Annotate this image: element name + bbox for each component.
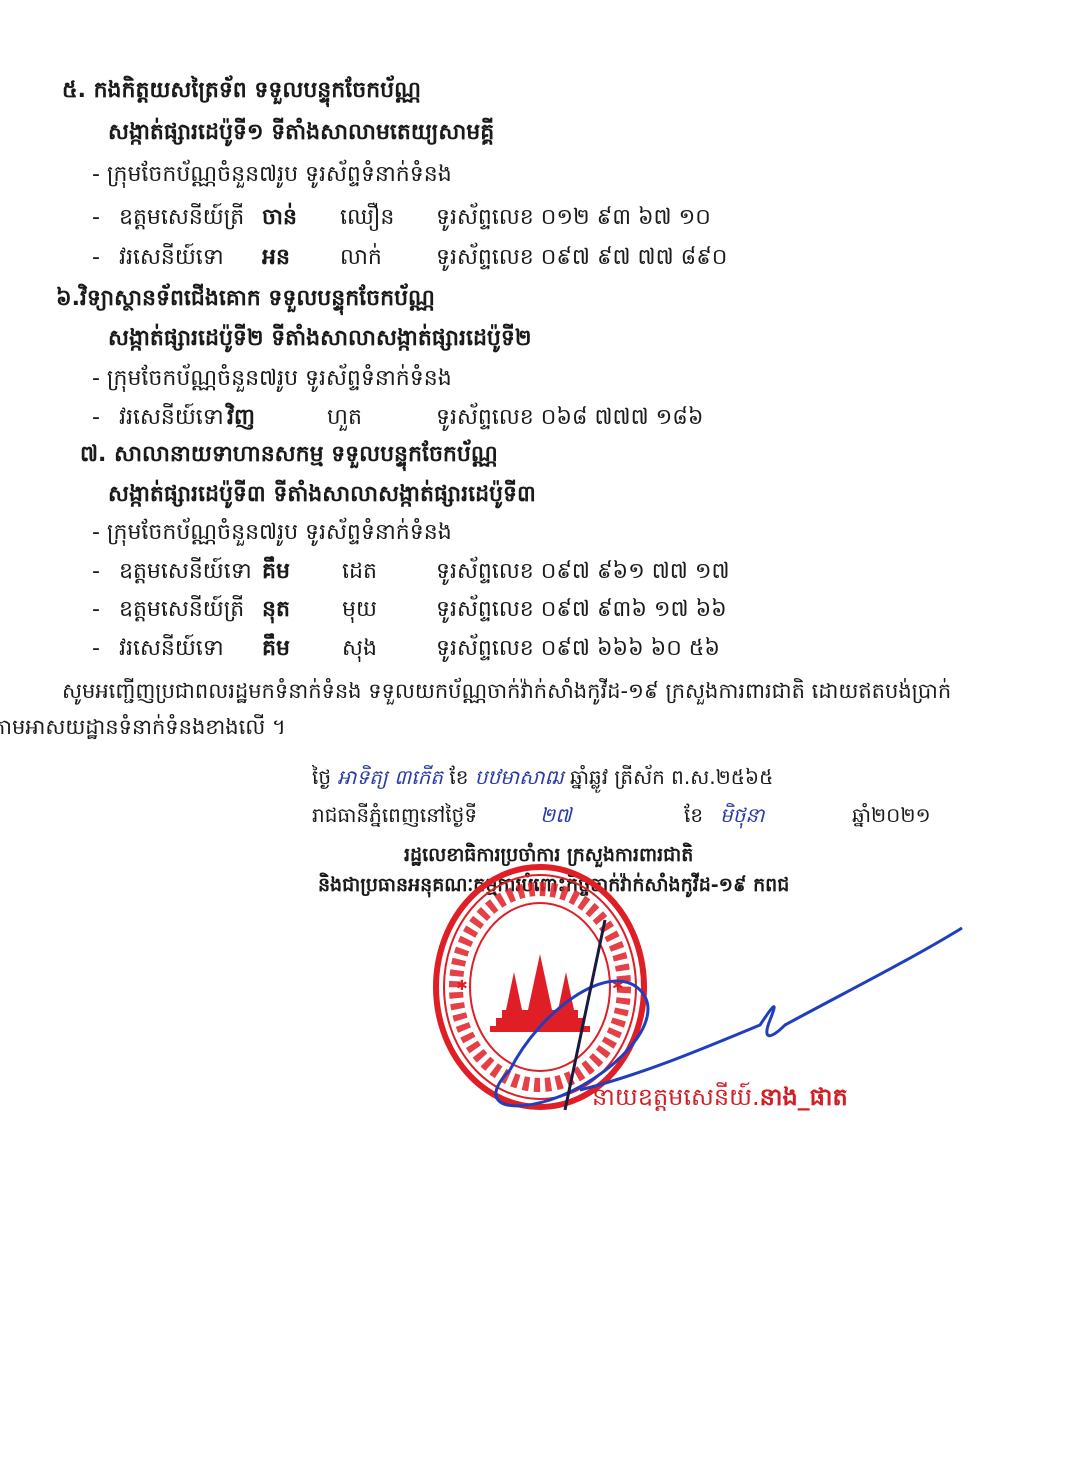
contact-last-name: សុង — [342, 634, 377, 664]
contact-first-name: គឹម — [262, 557, 290, 587]
contact-rank: ឧត្តមសេនីយ៍ត្រី — [119, 595, 244, 625]
day-handwritten: ២៧ — [540, 800, 572, 830]
solar-date-line: រាជធានីភ្នំពេញនៅថ្ងៃទី ២៧ ខែ មិថុនា ឆ្នា… — [312, 800, 952, 830]
contact-last-name: ហួត — [327, 403, 362, 433]
section-7-team: - ក្រុមចែកប័ណ្ណចំនួន៧រូប ទូរស័ព្ទទំនាក់ទ… — [92, 518, 452, 548]
section-5-heading: ៥. កងកិត្តយសត្រៃទ័ព ទទួលបន្ទុកចែកប័ណ្ណ — [62, 76, 421, 106]
solar-year: ឆ្នាំ២០២១ — [852, 800, 931, 830]
contact-rank: ឧត្តមសេនីយ៍ត្រី — [119, 203, 244, 233]
lunar-month-handwritten: បឋមាសាឍ — [475, 765, 564, 789]
contact-row: - វរសេនីយ៍ទោ វិញ ហួត ទូរស័ព្ទលេខ ០៦៨ ៧៧៧… — [92, 403, 792, 433]
contact-last-name: លាក់ — [340, 243, 382, 273]
signer-name-line: នាយឧត្តមសេនីយ៍.នាង_ផាត — [592, 1082, 848, 1112]
contact-row: - ឧត្តមសេនីយ៍ត្រី នុត មុយ ទូរស័ព្ទលេខ ០៩… — [92, 595, 792, 625]
contact-phone: ទូរស័ព្ទលេខ ០៩៧ ៦៦៦ ៦០ ៥៦ — [436, 634, 720, 664]
contact-last-name: ឈឿន — [340, 203, 394, 233]
contact-first-name: អន — [262, 243, 290, 273]
contact-first-name: វិញ — [227, 403, 255, 433]
section-6-heading: ៦.វិទ្យាស្ថានទ័ពជើងគោក ទទួលបន្ទុកចែកប័ណ្… — [56, 284, 435, 314]
contact-phone: ទូរស័ព្ទលេខ ០៦៨ ៧៧៧ ១៨៦ — [436, 403, 703, 433]
contact-phone: ទូរស័ព្ទលេខ ០៩៧ ៩៦១ ៧៧ ១៧ — [436, 557, 730, 587]
month-handwritten: មិថុនា — [720, 800, 764, 830]
section-7-heading: ៧. សាលានាយទាហានសកម្ម ទទួលបន្ទុកចែកប័ណ្ណ — [80, 440, 498, 470]
month-label: ខែ — [684, 800, 703, 830]
lunar-day-prefix: ថ្ងៃ — [312, 765, 331, 789]
closing-line-1: សូមអញ្ជើញប្រជាពលរដ្ឋមកទំនាក់ទំនង ទទួលយកប… — [62, 676, 951, 706]
contact-phone: ទូរស័ព្ទលេខ ០៩៧ ៩៧ ៧៧ ៨៩០ — [436, 243, 727, 273]
contact-rank: វរសេនីយ៍ទោ — [119, 403, 224, 433]
contact-rank: វរសេនីយ៍ទោ — [119, 634, 224, 664]
bullet-dash: - — [92, 557, 100, 587]
bullet-dash: - — [92, 634, 100, 664]
city-prefix: រាជធានីភ្នំពេញនៅថ្ងៃទី — [312, 803, 477, 827]
contact-last-name: មុយ — [342, 595, 377, 625]
month-label: ខែ — [449, 765, 468, 789]
lunar-date-line: ថ្ងៃ អាទិត្យ ៣កើត ខែ បឋមាសាឍ ឆ្នាំឆ្លូវ … — [312, 762, 773, 792]
contact-row: - ឧត្តមសេនីយ៍ត្រី ចាន់ ឈឿន ទូរស័ព្ទលេខ ០… — [92, 203, 792, 233]
contact-phone: ទូរស័ព្ទលេខ ០១២ ៩៣ ៦៧ ១០ — [436, 203, 711, 233]
section-7-location: សង្កាត់ផ្សារដេប៉ូទី៣ ទីតាំងសាលាសង្កាត់ផ្… — [108, 480, 536, 510]
contact-last-name: ដេត — [342, 557, 377, 587]
contact-rank: ឧត្តមសេនីយ៍ទោ — [119, 557, 252, 587]
contact-row: - វរសេនីយ៍ទោ គឹម សុង ទូរស័ព្ទលេខ ០៩៧ ៦៦៦… — [92, 634, 792, 664]
section-6-location: សង្កាត់ផ្សារដេប៉ូទី២ ទីតាំងសាលាសង្កាត់ផ្… — [108, 324, 532, 354]
contact-phone: ទូរស័ព្ទលេខ ០៩៧ ៩៣៦ ១៧ ៦៦ — [436, 595, 727, 625]
contact-row: - ឧត្តមសេនីយ៍ទោ គឹម ដេត ទូរស័ព្ទលេខ ០៩៧ … — [92, 557, 792, 587]
contact-first-name: នុត — [262, 595, 290, 625]
contact-first-name: គឹម — [262, 634, 290, 664]
bullet-dash: - — [92, 403, 100, 433]
section-5-team: - ក្រុមចែកប័ណ្ណចំនួន៧រូប ទូរស័ព្ទទំនាក់ទ… — [92, 160, 452, 190]
closing-line-2: តាមអាសយដ្ឋានទំនាក់ទំនងខាងលើ ។ — [0, 712, 286, 742]
bullet-dash: - — [92, 595, 100, 625]
contact-row: - វរសេនីយ៍ទោ អន លាក់ ទូរស័ព្ទលេខ ០៩៧ ៩៧ … — [92, 243, 792, 273]
signer-name: នាង_ផាត — [760, 1083, 848, 1111]
section-6-team: - ក្រុមចែកប័ណ្ណចំនួន៧រូប ទូរស័ព្ទទំនាក់ទ… — [92, 364, 452, 394]
lunar-day-handwritten: អាទិត្យ ៣កើត — [337, 765, 443, 789]
contact-first-name: ចាន់ — [262, 203, 297, 233]
signer-rank: នាយឧត្តមសេនីយ៍. — [592, 1083, 760, 1111]
lunar-year: ឆ្នាំឆ្លូវ ត្រីស័ក ព.ស.២៥៦៥ — [570, 765, 773, 789]
section-5-location: សង្កាត់ផ្សារដេប៉ូទី១ ទីតាំងសាលាមតេយ្យសាម… — [108, 118, 494, 148]
contact-rank: វរសេនីយ៍ទោ — [119, 243, 224, 273]
bullet-dash: - — [92, 243, 100, 273]
bullet-dash: - — [92, 203, 100, 233]
